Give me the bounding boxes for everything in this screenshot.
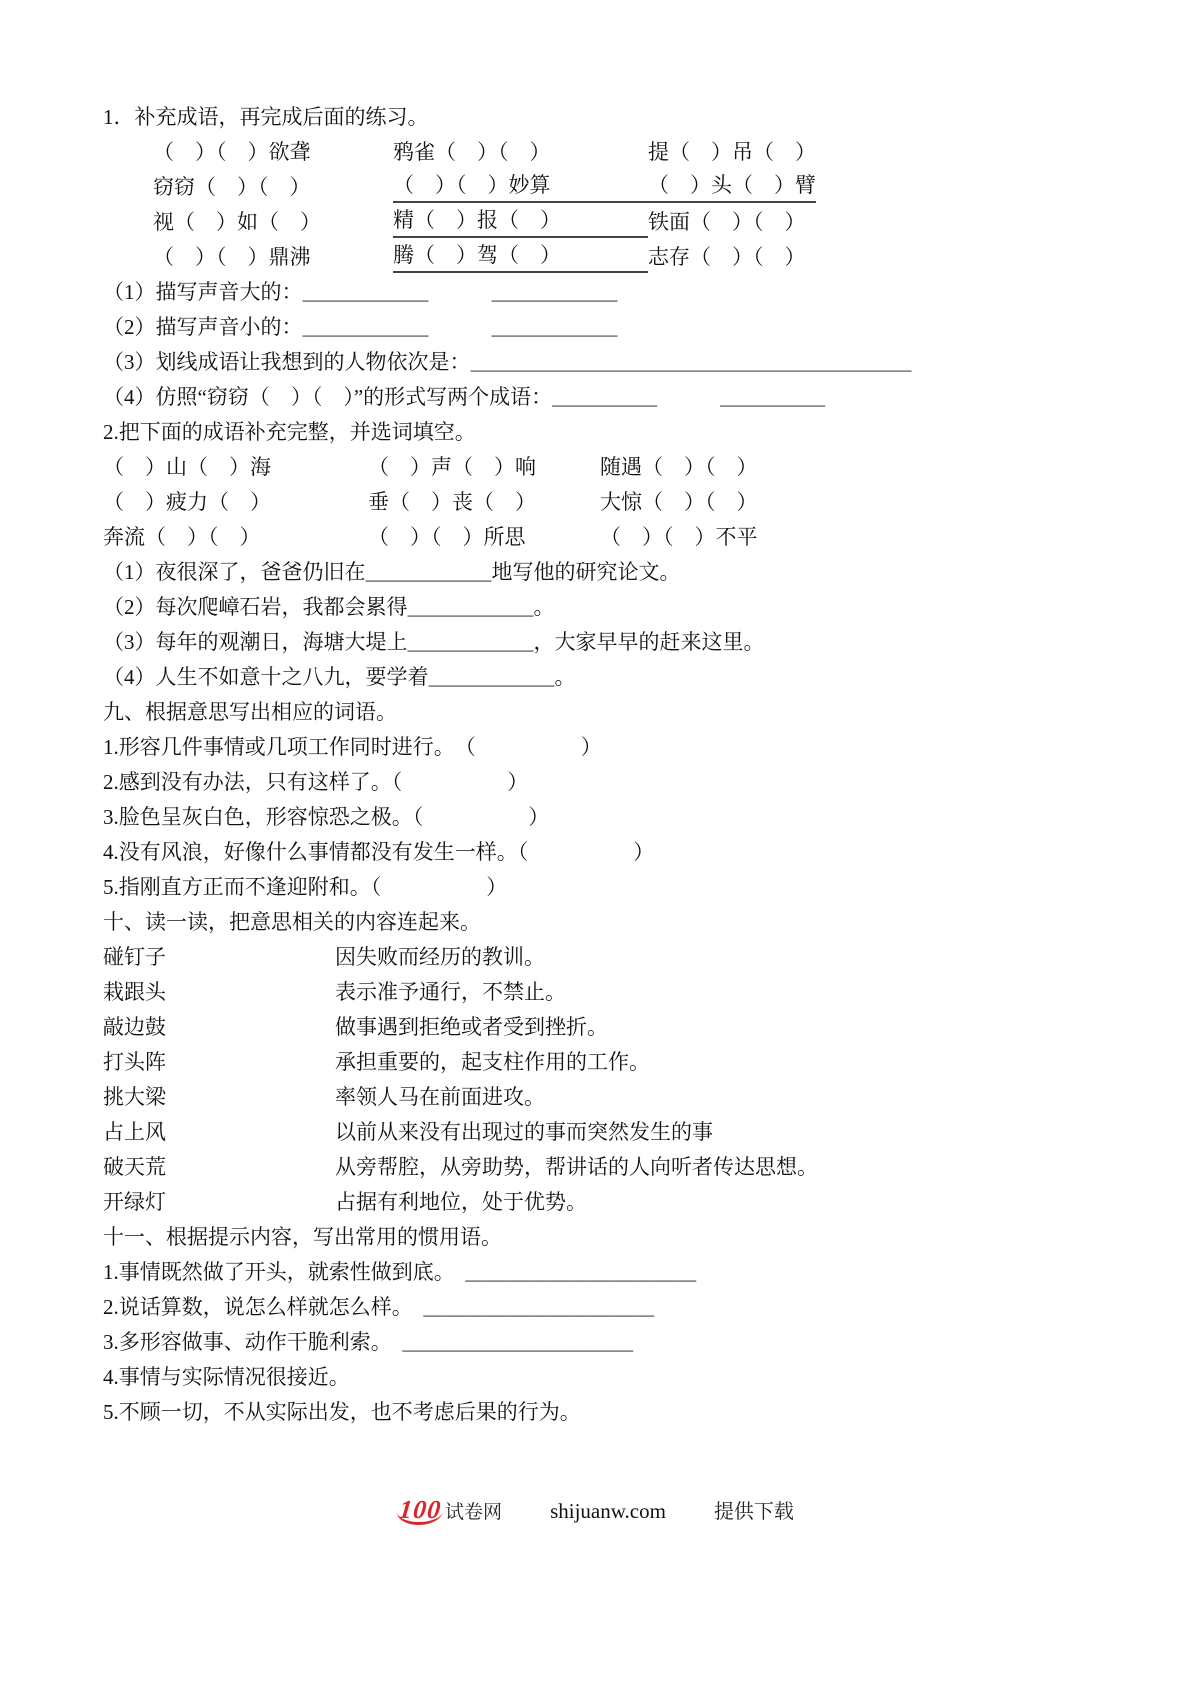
- q2-2: （2）每次爬嶂石岩，我都会累得＿＿＿＿＿＿。: [103, 590, 1103, 625]
- q9-1: 1.形容几件事情或几项工作同时进行。 （ ）: [103, 730, 1103, 765]
- idiom-item: （ ）疲力（ ）: [103, 485, 368, 520]
- q11-2: 2.说话算数，说怎么样就怎么样。 ＿＿＿＿＿＿＿＿＿＿＿: [103, 1290, 1103, 1325]
- idiom-item: （ ）山（ ）海: [103, 450, 368, 485]
- idiom-item: （ ）（ ）欲聋: [153, 135, 393, 170]
- match-row: 打头阵承担重要的，起支柱作用的工作。: [103, 1045, 1103, 1080]
- q2-4: （4）人生不如意十之八九，要学着＿＿＿＿＿＿。: [103, 660, 1103, 695]
- idiom-item: 奔流（ ）（ ）: [103, 520, 368, 555]
- section11-title: 十一、根据提示内容，写出常用的惯用语。: [103, 1220, 1103, 1255]
- q11-1: 1.事情既然做了开头，就索性做到底。 ＿＿＿＿＿＿＿＿＿＿＿: [103, 1255, 1103, 1290]
- q11-3: 3.多形容做事、动作干脆利索。 ＿＿＿＿＿＿＿＿＿＿＿: [103, 1325, 1103, 1360]
- idiom-grid-row: 窃窃（ ）（ ）（ ）（ ）妙算（ ）头（ ）臂: [103, 170, 1103, 205]
- match-row: 挑大梁率领人马在前面进攻。: [103, 1080, 1103, 1115]
- idiom-item: 大惊（ ）（ ）: [600, 485, 758, 520]
- idiom-item-underlined: （ ）（ ）妙算: [393, 170, 648, 203]
- match-row: 敲边鼓做事遇到拒绝或者受到挫折。: [103, 1010, 1103, 1045]
- idiom-item: 随遇（ ）（ ）: [600, 450, 758, 485]
- idiom-grid-row: 奔流（ ）（ ）（ ）（ ）所思（ ）（ ）不平: [103, 520, 1103, 555]
- document-content: 1．补充成语，再完成后面的练习。（ ）（ ）欲聋鸦雀（ ）（ ）提（ ）吊（ ）…: [103, 100, 1103, 1430]
- match-term: 打头阵: [103, 1045, 335, 1080]
- q9-5: 5.指刚直方正而不逢迎附和。（ ）: [103, 870, 1103, 905]
- match-term: 占上风: [103, 1115, 335, 1150]
- idiom-item: 视（ ）如（ ）: [153, 205, 393, 240]
- q9-3: 3.脸色呈灰白色，形容惊恐之极。（ ）: [103, 800, 1103, 835]
- idiom-item: 铁面（ ）（ ）: [648, 205, 806, 240]
- q1-4: （4）仿照“窃窃（ ）（ ）”的形式写两个成语：＿＿＿＿＿ ＿＿＿＿＿: [103, 380, 1103, 415]
- worksheet-page: 1．补充成语，再完成后面的练习。（ ）（ ）欲聋鸦雀（ ）（ ）提（ ）吊（ ）…: [0, 0, 1191, 1684]
- footer-logo-text: 试卷网: [445, 1497, 502, 1524]
- q1-1: （1）描写声音大的：＿＿＿＿＿＿ ＿＿＿＿＿＿: [103, 275, 1103, 310]
- match-row: 碰钉子因失败而经历的教训。: [103, 940, 1103, 975]
- match-row: 开绿灯占据有利地位，处于优势。: [103, 1185, 1103, 1220]
- section1-title: 1．补充成语，再完成后面的练习。: [103, 100, 1103, 135]
- idiom-item: 志存（ ）（ ）: [648, 240, 806, 275]
- q9-4: 4.没有风浪，好像什么事情都没有发生一样。（ ）: [103, 835, 1103, 870]
- match-row: 占上风以前从来没有出现过的事而突然发生的事: [103, 1115, 1103, 1150]
- idiom-item: （ ）（ ）不平: [600, 520, 758, 555]
- idiom-grid-row: （ ）（ ）欲聋鸦雀（ ）（ ）提（ ）吊（ ）: [103, 135, 1103, 170]
- idiom-item: （ ）（ ）所思: [368, 520, 600, 555]
- idiom-grid-row: 视（ ）如（ ）精（ ）报（ ）铁面（ ）（ ）: [103, 205, 1103, 240]
- idiom-item: （ ）声（ ）响: [368, 450, 600, 485]
- idiom-item: 提（ ）吊（ ）: [648, 135, 816, 170]
- section2-title: 2.把下面的成语补充完整，并选词填空。: [103, 415, 1103, 450]
- match-row: 栽跟头表示准予通行，不禁止。: [103, 975, 1103, 1010]
- idiom-grid-row: （ ）（ ）鼎沸腾（ ）驾（ ）志存（ ）（ ）: [103, 240, 1103, 275]
- match-term: 敲边鼓: [103, 1010, 335, 1045]
- match-term: 挑大梁: [103, 1080, 335, 1115]
- match-definition: 占据有利地位，处于优势。: [335, 1185, 587, 1220]
- idiom-item: 鸦雀（ ）（ ）: [393, 135, 648, 170]
- footer-site-link[interactable]: shijuanw.com: [550, 1499, 666, 1524]
- match-definition: 表示准予通行，不禁止。: [335, 975, 566, 1010]
- match-definition: 承担重要的，起支柱作用的工作。: [335, 1045, 650, 1080]
- idiom-item-underlined: 腾（ ）驾（ ）: [393, 240, 648, 273]
- idiom-item: 窃窃（ ）（ ）: [153, 170, 393, 205]
- match-row: 破天荒从旁帮腔，从旁助势，帮讲话的人向听者传达思想。: [103, 1150, 1103, 1185]
- section10-title: 十、读一读，把意思相关的内容连起来。: [103, 905, 1103, 940]
- q11-5: 5.不顾一切，不从实际出发，也不考虑后果的行为。: [103, 1395, 1103, 1430]
- match-term: 开绿灯: [103, 1185, 335, 1220]
- idiom-grid-row: （ ）疲力（ ）垂（ ）丧（ ）大惊（ ）（ ）: [103, 485, 1103, 520]
- match-term: 栽跟头: [103, 975, 335, 1010]
- match-definition: 做事遇到拒绝或者受到挫折。: [335, 1010, 608, 1045]
- match-definition: 从旁帮腔，从旁助势，帮讲话的人向听者传达思想。: [335, 1150, 818, 1185]
- match-definition: 率领人马在前面进攻。: [335, 1080, 545, 1115]
- q2-1: （1）夜很深了，爸爸仍旧在＿＿＿＿＿＿地写他的研究论文。: [103, 555, 1103, 590]
- match-definition: 以前从来没有出现过的事而突然发生的事: [335, 1115, 713, 1150]
- q9-2: 2.感到没有办法，只有这样了。（ ）: [103, 765, 1103, 800]
- match-definition: 因失败而经历的教训。: [335, 940, 545, 975]
- idiom-grid-row: （ ）山（ ）海（ ）声（ ）响随遇（ ）（ ）: [103, 450, 1103, 485]
- q1-3: （3）划线成语让我想到的人物依次是：＿＿＿＿＿＿＿＿＿＿＿＿＿＿＿＿＿＿＿＿＿: [103, 345, 1103, 380]
- footer-download-label: 提供下载: [714, 1495, 794, 1524]
- idiom-item-underlined: （ ）头（ ）臂: [648, 170, 816, 203]
- q1-2: （2）描写声音小的：＿＿＿＿＿＿ ＿＿＿＿＿＿: [103, 310, 1103, 345]
- idiom-item: 垂（ ）丧（ ）: [368, 485, 600, 520]
- footer-logo-100: 100: [396, 1498, 445, 1525]
- q2-3: （3）每年的观潮日，海塘大堤上＿＿＿＿＿＿，大家早早的赶来这里。: [103, 625, 1103, 660]
- q11-4: 4.事情与实际情况很接近。: [103, 1360, 1103, 1395]
- match-term: 碰钉子: [103, 940, 335, 975]
- section9-title: 九、根据意思写出相应的词语。: [103, 695, 1103, 730]
- idiom-item: （ ）（ ）鼎沸: [153, 240, 393, 275]
- idiom-item-underlined: 精（ ）报（ ）: [393, 205, 648, 238]
- match-term: 破天荒: [103, 1150, 335, 1185]
- page-footer: 100试卷网 shijuanw.com 提供下载: [0, 1495, 1191, 1525]
